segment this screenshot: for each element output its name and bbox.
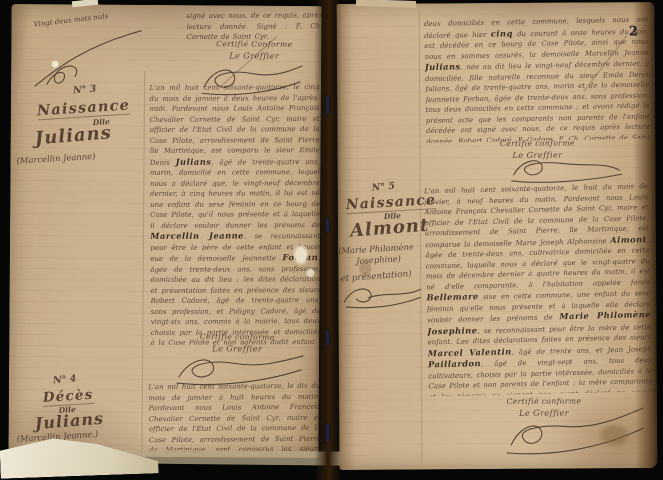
scanned-register-spread: Vingt deux mots nuls signé avec nous, de… xyxy=(0,0,663,480)
certify-label: Certifié Conforme xyxy=(199,39,309,49)
record5-presentation-note: et présentation) xyxy=(340,269,412,284)
certify-label: Certifié conforme xyxy=(177,332,297,342)
record5-given-names-line1: (Marie Philomène xyxy=(338,242,414,256)
record5-number: N° 5 xyxy=(371,181,395,194)
record5-name-almont: Almont xyxy=(610,234,647,245)
margin-rule xyxy=(419,11,423,461)
record3-body: L'an mil huit cent soixante-quatorze, le… xyxy=(149,82,320,345)
record4-continuation-body: deux domiciliés en cette commune, lesque… xyxy=(424,15,650,143)
record4-word-cinq: cinq xyxy=(491,28,513,38)
record5-witness-valentin: Marcel Valentin xyxy=(428,346,512,358)
record3-certification: Certifié conforme Le Greffier xyxy=(177,332,297,354)
record5-body: L'an mil huit cent soixante-quatorze, le… xyxy=(424,181,653,396)
record5-witness-paillardon: Paillardon xyxy=(428,358,481,369)
record3-text: , âgé de trente-quatre ans, marin, domic… xyxy=(150,158,320,230)
greffier-signature xyxy=(506,154,626,185)
paper-stain xyxy=(597,422,631,448)
record4-text: , née au dit lieu le vingt-neuf décembre… xyxy=(425,60,650,143)
record3-act-type: Naissance xyxy=(36,97,130,121)
right-page: 2 deux domiciliés en cette commune, lesq… xyxy=(337,2,658,470)
binding-stitch xyxy=(326,424,329,442)
record4-body-start: L'an mil huit cent soixante-quatorze, le… xyxy=(148,381,321,456)
paper-blotch xyxy=(293,244,309,266)
record4-name-julians: Julians xyxy=(425,61,461,72)
paper-stain xyxy=(358,260,372,278)
certification-block: Certifié Conforme Le Greffier xyxy=(199,39,309,61)
record4-number: N° 4 xyxy=(53,373,77,386)
record4-text: L'an mil huit cent soixante-quatorze, le… xyxy=(148,382,321,456)
record3-text: L'an mil huit cent soixante-quatorze, le… xyxy=(149,83,319,166)
margin-signature xyxy=(340,283,424,310)
previous-record-ending: signé avec nous, de ce requis, après lec… xyxy=(186,10,321,41)
margin-rule xyxy=(141,71,145,457)
binding-stitch xyxy=(326,218,329,232)
binding-stitch xyxy=(326,96,329,114)
paper-blotch xyxy=(51,60,59,68)
certify-label: Certifié conforme xyxy=(477,138,597,148)
record3-name-marcellin-jeanne: Marcellin Jeanne xyxy=(150,230,244,240)
record3-number: N° 3 xyxy=(73,84,97,97)
binding-gutter xyxy=(314,0,342,480)
record5-text: , âgé de trente ans, et Jean Joseph xyxy=(512,345,652,356)
record5-surname: Almont xyxy=(349,215,430,242)
record3-given-names: (Marcellin Jeanne) xyxy=(16,151,95,166)
binding-stitch xyxy=(326,330,329,346)
record3-surname: Julians xyxy=(34,122,113,149)
left-page: Vingt deux mots nuls signé avec nous, de… xyxy=(8,4,321,458)
record4-act-type: Décès xyxy=(42,387,94,407)
corner-signature-flourish xyxy=(29,26,149,93)
record3-name-julians: Julians xyxy=(176,156,212,166)
certify-label: Certifié conforme xyxy=(479,396,609,406)
record5-place-bellemare: Bellemare xyxy=(426,291,478,302)
record3-text: , âgée de trente-deux ans, sans professi… xyxy=(150,254,320,345)
